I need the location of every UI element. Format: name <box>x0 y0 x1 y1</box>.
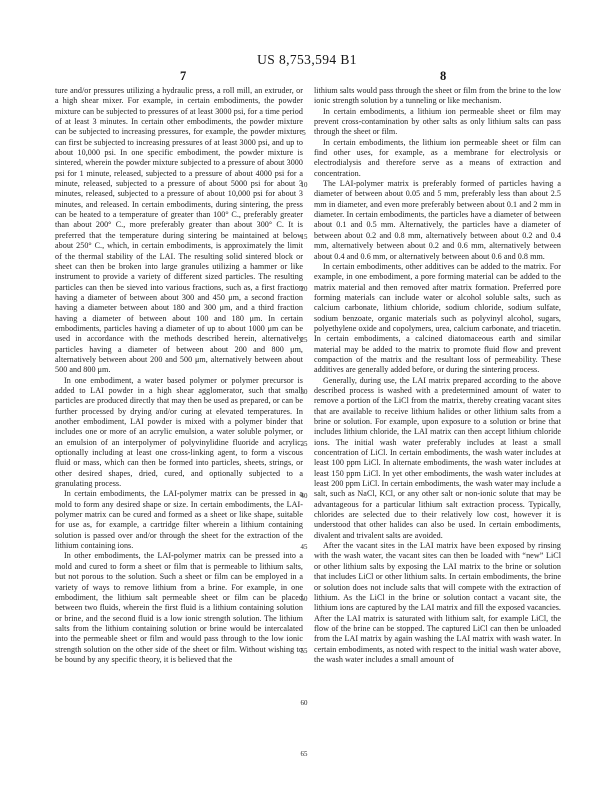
paragraph: The LAI-polymer matrix is preferably for… <box>314 179 561 262</box>
text-column-left: ture and/or pressures utilizing a hydrau… <box>55 86 303 665</box>
paragraph: ture and/or pressures utilizing a hydrau… <box>55 86 303 376</box>
line-number-65: 65 <box>296 750 312 760</box>
paragraph: In certain embodiments, a lithium ion pe… <box>314 107 561 138</box>
paragraph: lithium salts would pass through the she… <box>314 86 561 107</box>
line-number-60: 60 <box>296 699 312 709</box>
column-number-right: 8 <box>440 69 446 84</box>
patent-number-header: US 8,753,594 B1 <box>0 52 614 68</box>
paragraph: After the vacant sites in the LAI matrix… <box>314 541 561 665</box>
paragraph: In certain embodiments, the LAI-polymer … <box>55 489 303 551</box>
paragraph: In certain embodiments, the lithium ion … <box>314 138 561 179</box>
paragraph: In other embodiments, the LAI-polymer ma… <box>55 551 303 665</box>
column-number-left: 7 <box>180 69 186 84</box>
paragraph: In one embodiment, a water based polymer… <box>55 376 303 490</box>
paragraph: In certain embodiments, other additives … <box>314 262 561 376</box>
paragraph: Generally, during use, the LAI matrix pr… <box>314 376 561 542</box>
patent-page: US 8,753,594 B1 7 8 5 10 15 20 25 30 35 … <box>0 0 614 792</box>
text-column-right: lithium salts would pass through the she… <box>314 86 561 665</box>
